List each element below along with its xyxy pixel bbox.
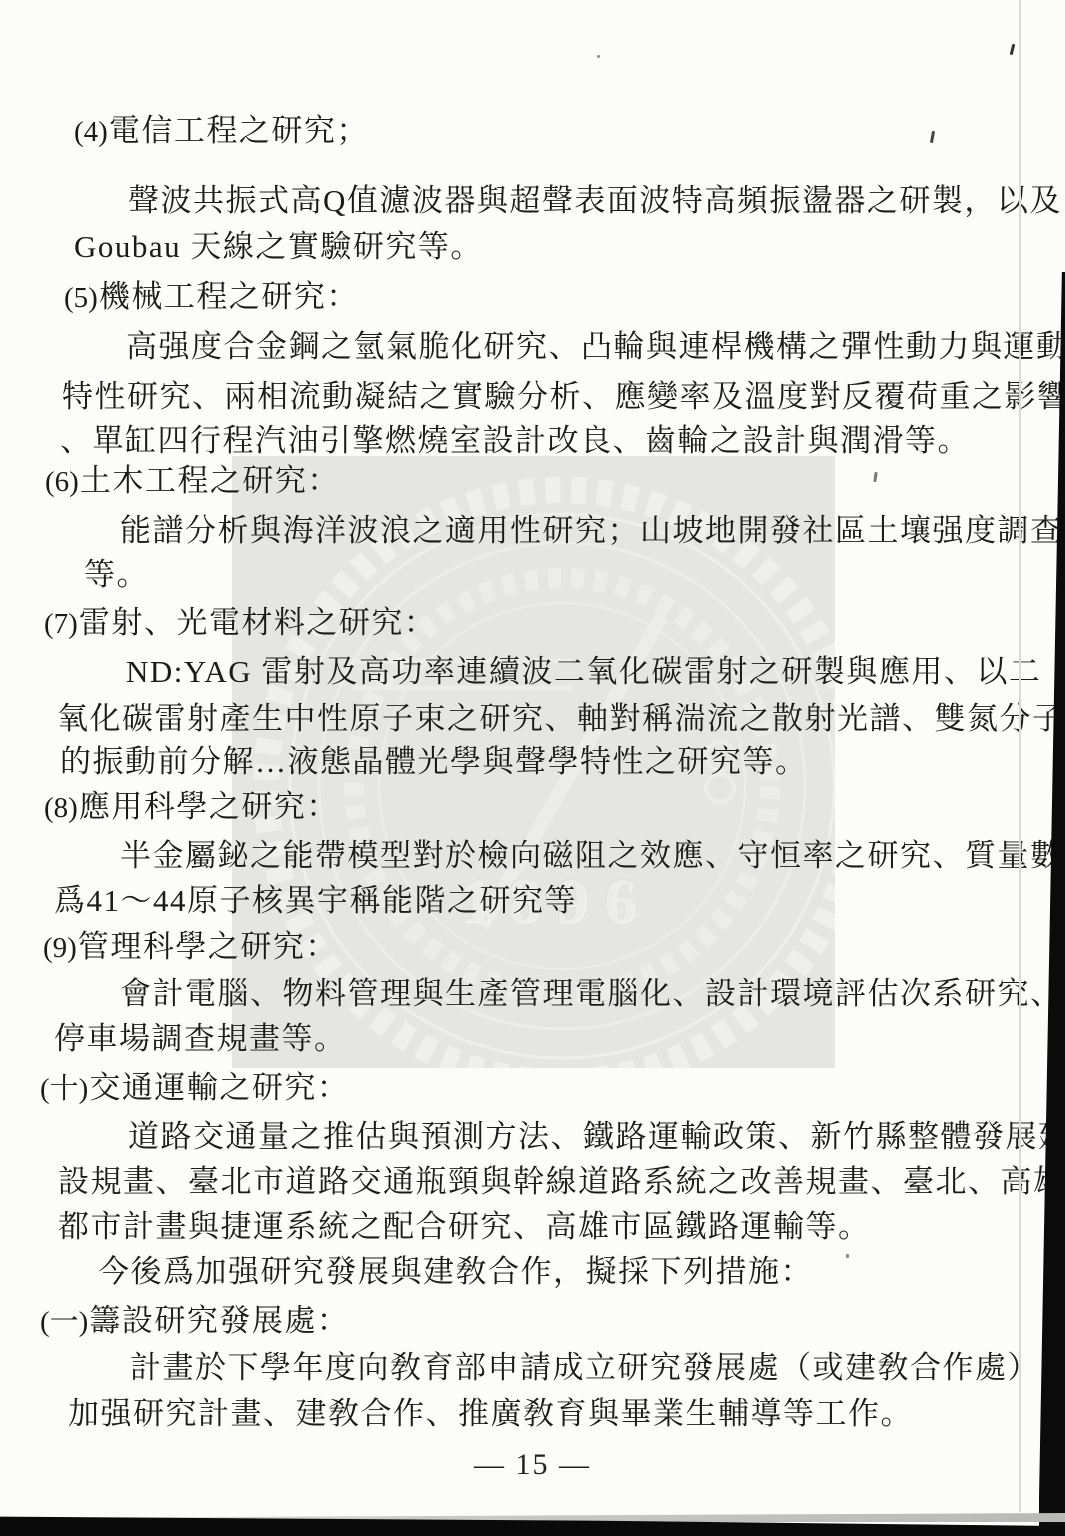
section-heading: (8)應用科學之研究： bbox=[44, 790, 339, 825]
text-line: ND:YAG 雷射及高功率連續波二氧化碳雷射之研製與應用、以二 bbox=[126, 655, 1041, 689]
section-title: 交通運輸之研究： bbox=[89, 1070, 349, 1105]
section-label: (8) bbox=[44, 792, 78, 824]
transition-paragraph: 今後爲加强研究發展與建敎合作，擬採下列措施： bbox=[98, 1255, 813, 1289]
scan-speck bbox=[1010, 44, 1016, 55]
scan-black-edge-right bbox=[1039, 272, 1065, 1536]
section-title: 電信工程之研究； bbox=[109, 113, 369, 148]
scan-speck bbox=[846, 1254, 849, 1258]
section-title: 雷射、光電材料之研究： bbox=[79, 605, 437, 640]
section-heading: (7)雷射、光電材料之研究： bbox=[44, 606, 436, 641]
scan-speck bbox=[930, 131, 935, 143]
section-heading: (5)機械工程之研究： bbox=[64, 280, 359, 315]
section-title: 管理科學之研究： bbox=[78, 929, 338, 964]
text-line: 半金屬鉍之能帶模型對於檢向磁阻之效應、守恒率之研究、質量數 bbox=[120, 839, 1063, 873]
text-line: 等。 bbox=[84, 558, 149, 592]
page-number: — 15 — bbox=[0, 1448, 1065, 1482]
scan-speck bbox=[873, 472, 877, 482]
section-title: 機械工程之研究： bbox=[99, 279, 359, 314]
document-page: 1896 (4)電信工程之研究； 聲波共振式高Q值濾波器與超聲表面波特高頻振盪器… bbox=[0, 0, 1065, 1536]
text-line: 加强研究計畫、建敎合作、推廣敎育與畢業生輔導等工作。 bbox=[68, 1397, 913, 1431]
text-line: 氧化碳雷射產生中性原子束之研究、軸對稱湍流之散射光譜、雙氮分子 bbox=[57, 702, 1065, 736]
text-line: 停車場調查規畫等。 bbox=[54, 1022, 347, 1056]
text-line: 的振動前分解…液態晶體光學與聲學特性之研究等。 bbox=[60, 745, 808, 779]
text-line: 高强度合金鋼之氫氣脆化研究、凸輪與連桿機構之彈性動力與運動 bbox=[126, 330, 1065, 364]
scan-speck bbox=[597, 55, 600, 58]
text-line: 能譜分析與海洋波浪之適用性研究；山坡地開發社區土壤强度調查 bbox=[120, 514, 1063, 548]
text-line: 、單缸四行程汽油引擎燃燒室設計改良、齒輪之設計與潤滑等。 bbox=[60, 424, 970, 458]
text-line: 會計電腦、物料管理與生產管理電腦化、設計環境評估次系研究、 bbox=[120, 977, 1063, 1011]
text-line: 聲波共振式高Q值濾波器與超聲表面波特高頻振盪器之研製，以及 bbox=[128, 184, 1062, 218]
text-line: 計畫於下學年度向敎育部申請成立研究發展處（或建敎合作處）以 bbox=[130, 1351, 1065, 1385]
section-heading: (十)交通運輸之研究： bbox=[40, 1071, 349, 1106]
section-title: 應用科學之研究： bbox=[79, 789, 339, 824]
text-line: 爲41～44原子核異宇稱能階之研究等 bbox=[54, 884, 577, 918]
section-heading: (4)電信工程之研究； bbox=[74, 114, 369, 149]
section-label: (十) bbox=[40, 1073, 88, 1105]
section-heading: (一)籌設研究發展處： bbox=[40, 1304, 349, 1339]
section-title: 土木工程之研究： bbox=[80, 463, 340, 498]
scan-page-edge-line bbox=[1019, 0, 1021, 1512]
text-line: 特性研究、兩相流動凝結之實驗分析、應變率及溫度對反覆荷重之影響 bbox=[62, 380, 1065, 414]
text-line: 道路交通量之推估與預測方法、鐵路運輸政策、新竹縣整體發展建 bbox=[128, 1120, 1065, 1154]
section-label: (4) bbox=[74, 116, 108, 148]
section-label: (9) bbox=[43, 932, 77, 964]
section-heading: (6)土木工程之研究： bbox=[45, 464, 340, 499]
section-heading: (9)管理科學之研究： bbox=[43, 930, 338, 965]
text-line: Goubau 天線之實驗研究等。 bbox=[74, 230, 483, 264]
text-line: 設規畫、臺北市道路交通瓶頸與幹線道路系統之改善規畫、臺北、高雄 bbox=[58, 1165, 1065, 1199]
section-title: 籌設研究發展處： bbox=[89, 1303, 349, 1338]
text-line: 都市計畫與捷運系統之配合研究、高雄市區鐵路運輸等。 bbox=[58, 1210, 871, 1244]
section-label: (5) bbox=[64, 282, 98, 314]
section-label: (7) bbox=[44, 608, 78, 640]
section-label: (一) bbox=[40, 1306, 88, 1338]
section-label: (6) bbox=[45, 466, 79, 498]
